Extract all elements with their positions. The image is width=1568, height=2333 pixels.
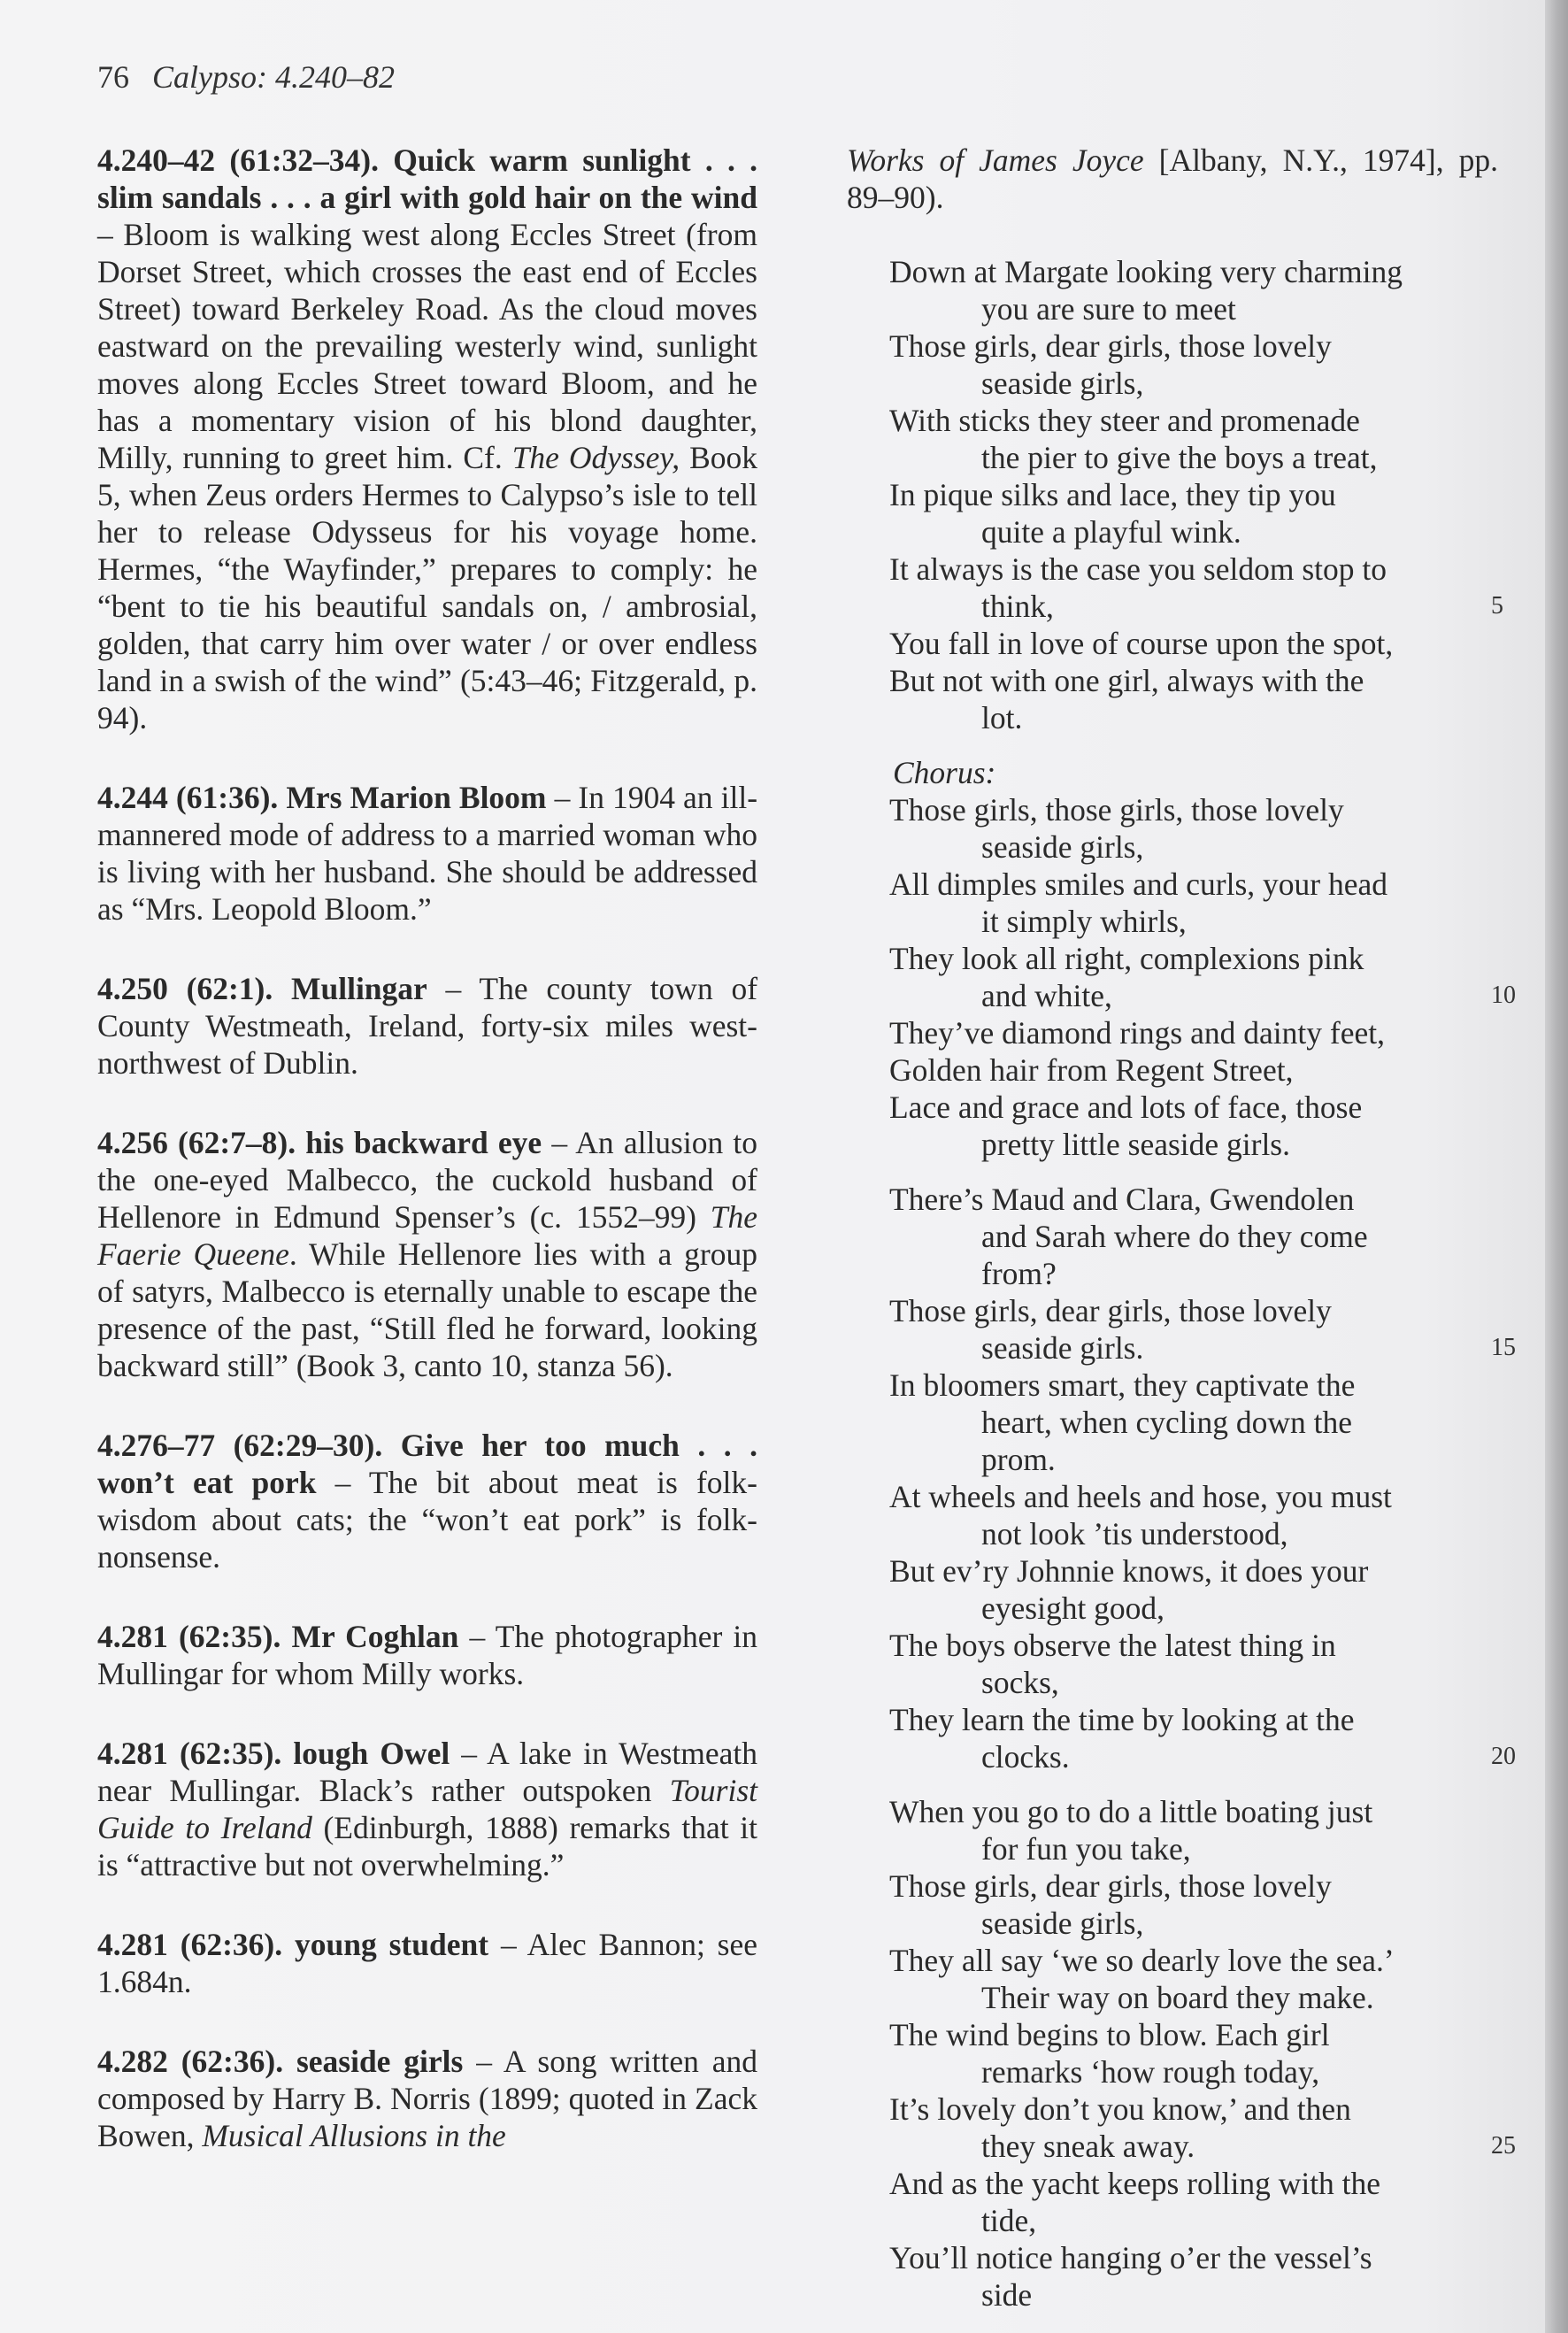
song-line-text: It’s lovely don’t you know,’ and then xyxy=(889,2091,1351,2127)
line-number: 5 xyxy=(1491,588,1503,625)
entry-reference: 4.244 (61:36). xyxy=(97,780,278,815)
entry-reference: 4.276–77 (62:29–30). xyxy=(97,1428,382,1463)
annotation-entry: 4.240–42 (61:32–34). Quick warm sunlight… xyxy=(97,142,757,736)
song-line: It always is the case you seldom stop to xyxy=(847,551,1498,588)
book-page: 76Calypso: 4.240–82 4.240–42 (61:32–34).… xyxy=(0,0,1545,2333)
song-line-text: eyesight good, xyxy=(981,1590,1164,1626)
song-line-text: they sneak away. xyxy=(981,2129,1195,2164)
song-line: it simply whirls, xyxy=(847,903,1498,940)
entry-lemma: his backward eye xyxy=(305,1125,542,1160)
song-line-text: You’ll notice hanging o’er the vessel’s xyxy=(889,2240,1372,2275)
song-line-text: And as the yacht keeps rolling with the xyxy=(889,2166,1380,2201)
song-line: for fun you take, xyxy=(847,1830,1498,1867)
song-line-text: Those girls, dear girls, those lovely xyxy=(889,1868,1332,1904)
italic-title: The Odyssey, xyxy=(512,440,680,475)
song-line: But ev’ry Johnnie knows, it does your xyxy=(847,1552,1498,1590)
song-line-text: not look ’tis understood, xyxy=(981,1516,1287,1551)
entry-reference: 4.281 (62:35). xyxy=(97,1619,281,1654)
song-line: Down at Margate looking very charming xyxy=(847,253,1498,290)
song-line: Those girls, dear girls, those lovely xyxy=(847,1867,1498,1905)
song-line: side xyxy=(847,2276,1498,2314)
song-line: The wind begins to blow. Each girl xyxy=(847,2016,1498,2053)
entry-reference: 4.281 (62:36). xyxy=(97,1927,282,1962)
page-number: 76 xyxy=(97,59,129,95)
song-line: socks, xyxy=(847,1664,1498,1701)
entry-lemma: Mullingar xyxy=(291,971,427,1006)
song-line: Golden hair from Regent Street, xyxy=(847,1051,1498,1089)
song-stanza: Down at Margate looking very charmingyou… xyxy=(847,253,1498,736)
annotation-entry: 4.244 (61:36). Mrs Marion Bloom – In 190… xyxy=(97,779,757,928)
entry-body: – Bloom is walking west along Eccles Str… xyxy=(97,217,757,475)
song-line-text: In bloomers smart, they captivate the xyxy=(889,1367,1355,1403)
annotation-entry: 4.250 (62:1). Mullingar – The county tow… xyxy=(97,970,757,1082)
song-line: When you go to do a little boating just xyxy=(847,1793,1498,1830)
song-line-text: All dimples smiles and curls, your head xyxy=(889,866,1387,902)
entry-body: Book 5, when Zeus orders Hermes to Calyp… xyxy=(97,440,757,735)
entry-reference: 4.281 (62:35). xyxy=(97,1736,281,1771)
annotation-text: 4.256 (62:7–8). his backward eye – An al… xyxy=(97,1124,757,1384)
song-line-text: seaside girls, xyxy=(981,1906,1143,1941)
song-line: They’ve diamond rings and dainty feet, xyxy=(847,1014,1498,1051)
song-line-text: the pier to give the boys a treat, xyxy=(981,440,1378,475)
song-line-text: They all say ‘we so dearly love the sea.… xyxy=(889,1943,1395,1978)
song-line-text: prom. xyxy=(981,1442,1056,1477)
song-line: from? xyxy=(847,1255,1498,1292)
annotation-entry: 4.282 (62:36). seaside girls – A song wr… xyxy=(97,2043,757,2154)
song-line-text: side xyxy=(981,2277,1032,2313)
song-line-text: quite a playful wink. xyxy=(981,514,1241,550)
song-line-text: Those girls, dear girls, those lovely xyxy=(889,328,1332,364)
annotation-text: 4.240–42 (61:32–34). Quick warm sunlight… xyxy=(97,142,757,736)
song-line: They all say ‘we so dearly love the sea.… xyxy=(847,1942,1498,1979)
annotation-entry: 4.256 (62:7–8). his backward eye – An al… xyxy=(97,1124,757,1384)
song-line: In pique silks and lace, they tip you xyxy=(847,476,1498,513)
annotation-text: 4.281 (62:35). Mr Coghlan – The photogra… xyxy=(97,1618,757,1692)
song-line: quite a playful wink. xyxy=(847,513,1498,551)
song-line-text: seaside girls, xyxy=(981,829,1143,865)
annotation-text: 4.281 (62:35). lough Owel – A lake in We… xyxy=(97,1735,757,1883)
song-line: think,5 xyxy=(847,588,1498,625)
entry-lemma: young student xyxy=(295,1927,488,1962)
song-stanza: There’s Maud and Clara, Gwendolenand Sar… xyxy=(847,1181,1498,1775)
annotation-entry: 4.281 (62:36). young student – Alec Bann… xyxy=(97,1926,757,2000)
song-line: tide, xyxy=(847,2202,1498,2239)
annotation-text: 4.250 (62:1). Mullingar – The county tow… xyxy=(97,970,757,1082)
song-line: But not with one girl, always with the xyxy=(847,662,1498,699)
song-line: The boys observe the latest thing in xyxy=(847,1627,1498,1664)
song-stanza: When you go to do a little boating justf… xyxy=(847,1793,1498,2314)
annotation-text: 4.281 (62:36). young student – Alec Bann… xyxy=(97,1926,757,2000)
song-line: At wheels and heels and hose, you must xyxy=(847,1478,1498,1515)
entry-lemma: lough Owel xyxy=(293,1736,450,1771)
song-line: Lace and grace and lots of face, those xyxy=(847,1089,1498,1126)
song-line: clocks.20 xyxy=(847,1738,1498,1775)
continued-citation: Works of James Joyce [Albany, N.Y., 1974… xyxy=(847,142,1498,216)
song-line-text: Golden hair from Regent Street, xyxy=(889,1052,1293,1088)
song-line-text: They look all right, complexions pink xyxy=(889,941,1364,976)
song-line: not look ’tis understood, xyxy=(847,1515,1498,1552)
song-line: There’s Maud and Clara, Gwendolen xyxy=(847,1181,1498,1218)
song-line: you are sure to meet xyxy=(847,290,1498,327)
song-line: they sneak away.25 xyxy=(847,2128,1498,2165)
song-line: It’s lovely don’t you know,’ and then xyxy=(847,2090,1498,2128)
entry-reference: 4.256 (62:7–8). xyxy=(97,1125,296,1160)
song-line-text: lot. xyxy=(981,700,1022,735)
song-line: Their way on board they make. xyxy=(847,1979,1498,2016)
song-line-text: from? xyxy=(981,1256,1057,1291)
song-line-text: In pique silks and lace, they tip you xyxy=(889,477,1336,512)
song-line: seaside girls, xyxy=(847,828,1498,866)
annotation-text: 4.282 (62:36). seaside girls – A song wr… xyxy=(97,2043,757,2154)
song-line: seaside girls, xyxy=(847,365,1498,402)
song-line-text: They learn the time by looking at the xyxy=(889,1702,1354,1737)
annotation-entry: 4.281 (62:35). Mr Coghlan – The photogra… xyxy=(97,1618,757,1692)
line-number: 10 xyxy=(1491,977,1516,1014)
song-line-text: There’s Maud and Clara, Gwendolen xyxy=(889,1182,1354,1217)
song-line: remarks ‘how rough today, xyxy=(847,2053,1498,2090)
entry-lemma: seaside girls xyxy=(296,2044,463,2079)
song-line: lot. xyxy=(847,699,1498,736)
chorus-label: Chorus: xyxy=(847,754,1498,791)
italic-title: Musical Allusions in the xyxy=(202,2118,506,2153)
song-line: pretty little seaside girls. xyxy=(847,1126,1498,1163)
entry-lemma: Mrs Marion Bloom xyxy=(286,780,546,815)
song-line-text: think, xyxy=(981,589,1054,624)
song-line-text: Their way on board they make. xyxy=(981,1980,1374,2015)
song-line-text: But not with one girl, always with the xyxy=(889,663,1364,698)
song-line-text: Those girls, those girls, those lovely xyxy=(889,792,1344,828)
song-line-text: Those girls, dear girls, those lovely xyxy=(889,1293,1332,1328)
song-line: heart, when cycling down the xyxy=(847,1404,1498,1441)
song-line-text: and white, xyxy=(981,978,1112,1013)
running-head: 76Calypso: 4.240–82 xyxy=(97,58,395,96)
song-line: and white,10 xyxy=(847,977,1498,1014)
song-line: With sticks they steer and promenade xyxy=(847,402,1498,439)
song-line-text: socks, xyxy=(981,1665,1059,1700)
song-line-text: It always is the case you seldom stop to xyxy=(889,551,1387,587)
annotation-text: 4.244 (61:36). Mrs Marion Bloom – In 190… xyxy=(97,779,757,928)
entry-lemma: Mr Coghlan xyxy=(291,1619,458,1654)
song-line-text: heart, when cycling down the xyxy=(981,1405,1352,1440)
song-line: Those girls, dear girls, those lovely xyxy=(847,327,1498,365)
song-line-text: Down at Margate looking very charming xyxy=(889,254,1403,289)
entry-reference: 4.250 (62:1). xyxy=(97,971,273,1006)
song-line-text: But ev’ry Johnnie knows, it does your xyxy=(889,1553,1368,1589)
song-line-text: seaside girls. xyxy=(981,1330,1143,1366)
annotation-text: 4.276–77 (62:29–30). Give her too much .… xyxy=(97,1427,757,1575)
song-stanza: Chorus:Those girls, those girls, those l… xyxy=(847,754,1498,1163)
song-line-text: With sticks they steer and promenade xyxy=(889,403,1360,438)
song-line: You fall in love of course upon the spot… xyxy=(847,625,1498,662)
song-line: In bloomers smart, they captivate the xyxy=(847,1367,1498,1404)
song-line-text: They’ve diamond rings and dainty feet, xyxy=(889,1015,1385,1051)
entry-reference: 4.282 (62:36). xyxy=(97,2044,283,2079)
song-line: They look all right, complexions pink xyxy=(847,940,1498,977)
song-line: Those girls, dear girls, those lovely xyxy=(847,1292,1498,1329)
song-line: eyesight good, xyxy=(847,1590,1498,1627)
running-head-title: Calypso: 4.240–82 xyxy=(152,59,395,95)
song-line-text: You fall in love of course upon the spot… xyxy=(889,626,1393,661)
song-line-text: clocks. xyxy=(981,1739,1070,1775)
line-number: 15 xyxy=(1491,1329,1516,1367)
song-line-text: The boys observe the latest thing in xyxy=(889,1628,1336,1663)
song-line: and Sarah where do they come xyxy=(847,1218,1498,1255)
song-line: And as the yacht keeps rolling with the xyxy=(847,2165,1498,2202)
song-line-text: seaside girls, xyxy=(981,366,1143,401)
song-line-text: Lace and grace and lots of face, those xyxy=(889,1090,1362,1125)
line-number: 25 xyxy=(1491,2128,1516,2165)
song-line-text: you are sure to meet xyxy=(981,291,1236,327)
song-line: prom. xyxy=(847,1441,1498,1478)
song-line: Those girls, those girls, those lovely xyxy=(847,791,1498,828)
song-line: the pier to give the boys a treat, xyxy=(847,439,1498,476)
song-line-text: it simply whirls, xyxy=(981,904,1187,939)
song-line: seaside girls.15 xyxy=(847,1329,1498,1367)
song-line-text: remarks ‘how rough today, xyxy=(981,2054,1319,2090)
entry-reference: 4.240–42 (61:32–34). xyxy=(97,142,379,178)
annotation-entry: 4.281 (62:35). lough Owel – A lake in We… xyxy=(97,1735,757,1883)
right-column: Works of James Joyce [Albany, N.Y., 1974… xyxy=(847,142,1498,2331)
left-column-annotations: 4.240–42 (61:32–34). Quick warm sunlight… xyxy=(97,142,757,2197)
song-line-text: and Sarah where do they come xyxy=(981,1219,1368,1254)
annotation-entry: 4.276–77 (62:29–30). Give her too much .… xyxy=(97,1427,757,1575)
page-edge-shadow xyxy=(1545,0,1568,2333)
song-line: They learn the time by looking at the xyxy=(847,1701,1498,1738)
line-number: 20 xyxy=(1491,1738,1516,1775)
song-line: All dimples smiles and curls, your head xyxy=(847,866,1498,903)
song-line: You’ll notice hanging o’er the vessel’s xyxy=(847,2239,1498,2276)
song-line: seaside girls, xyxy=(847,1905,1498,1942)
song-lyrics-seaside-girls: Down at Margate looking very charmingyou… xyxy=(847,253,1498,2314)
song-line-text: The wind begins to blow. Each girl xyxy=(889,2017,1330,2052)
song-line-text: At wheels and heels and hose, you must xyxy=(889,1479,1392,1514)
italic-title: Works of James Joyce xyxy=(847,142,1144,178)
song-line-text: for fun you take, xyxy=(981,1831,1191,1867)
song-line-text: tide, xyxy=(981,2203,1036,2238)
song-line-text: When you go to do a little boating just xyxy=(889,1794,1372,1829)
song-line-text: pretty little seaside girls. xyxy=(981,1127,1290,1162)
